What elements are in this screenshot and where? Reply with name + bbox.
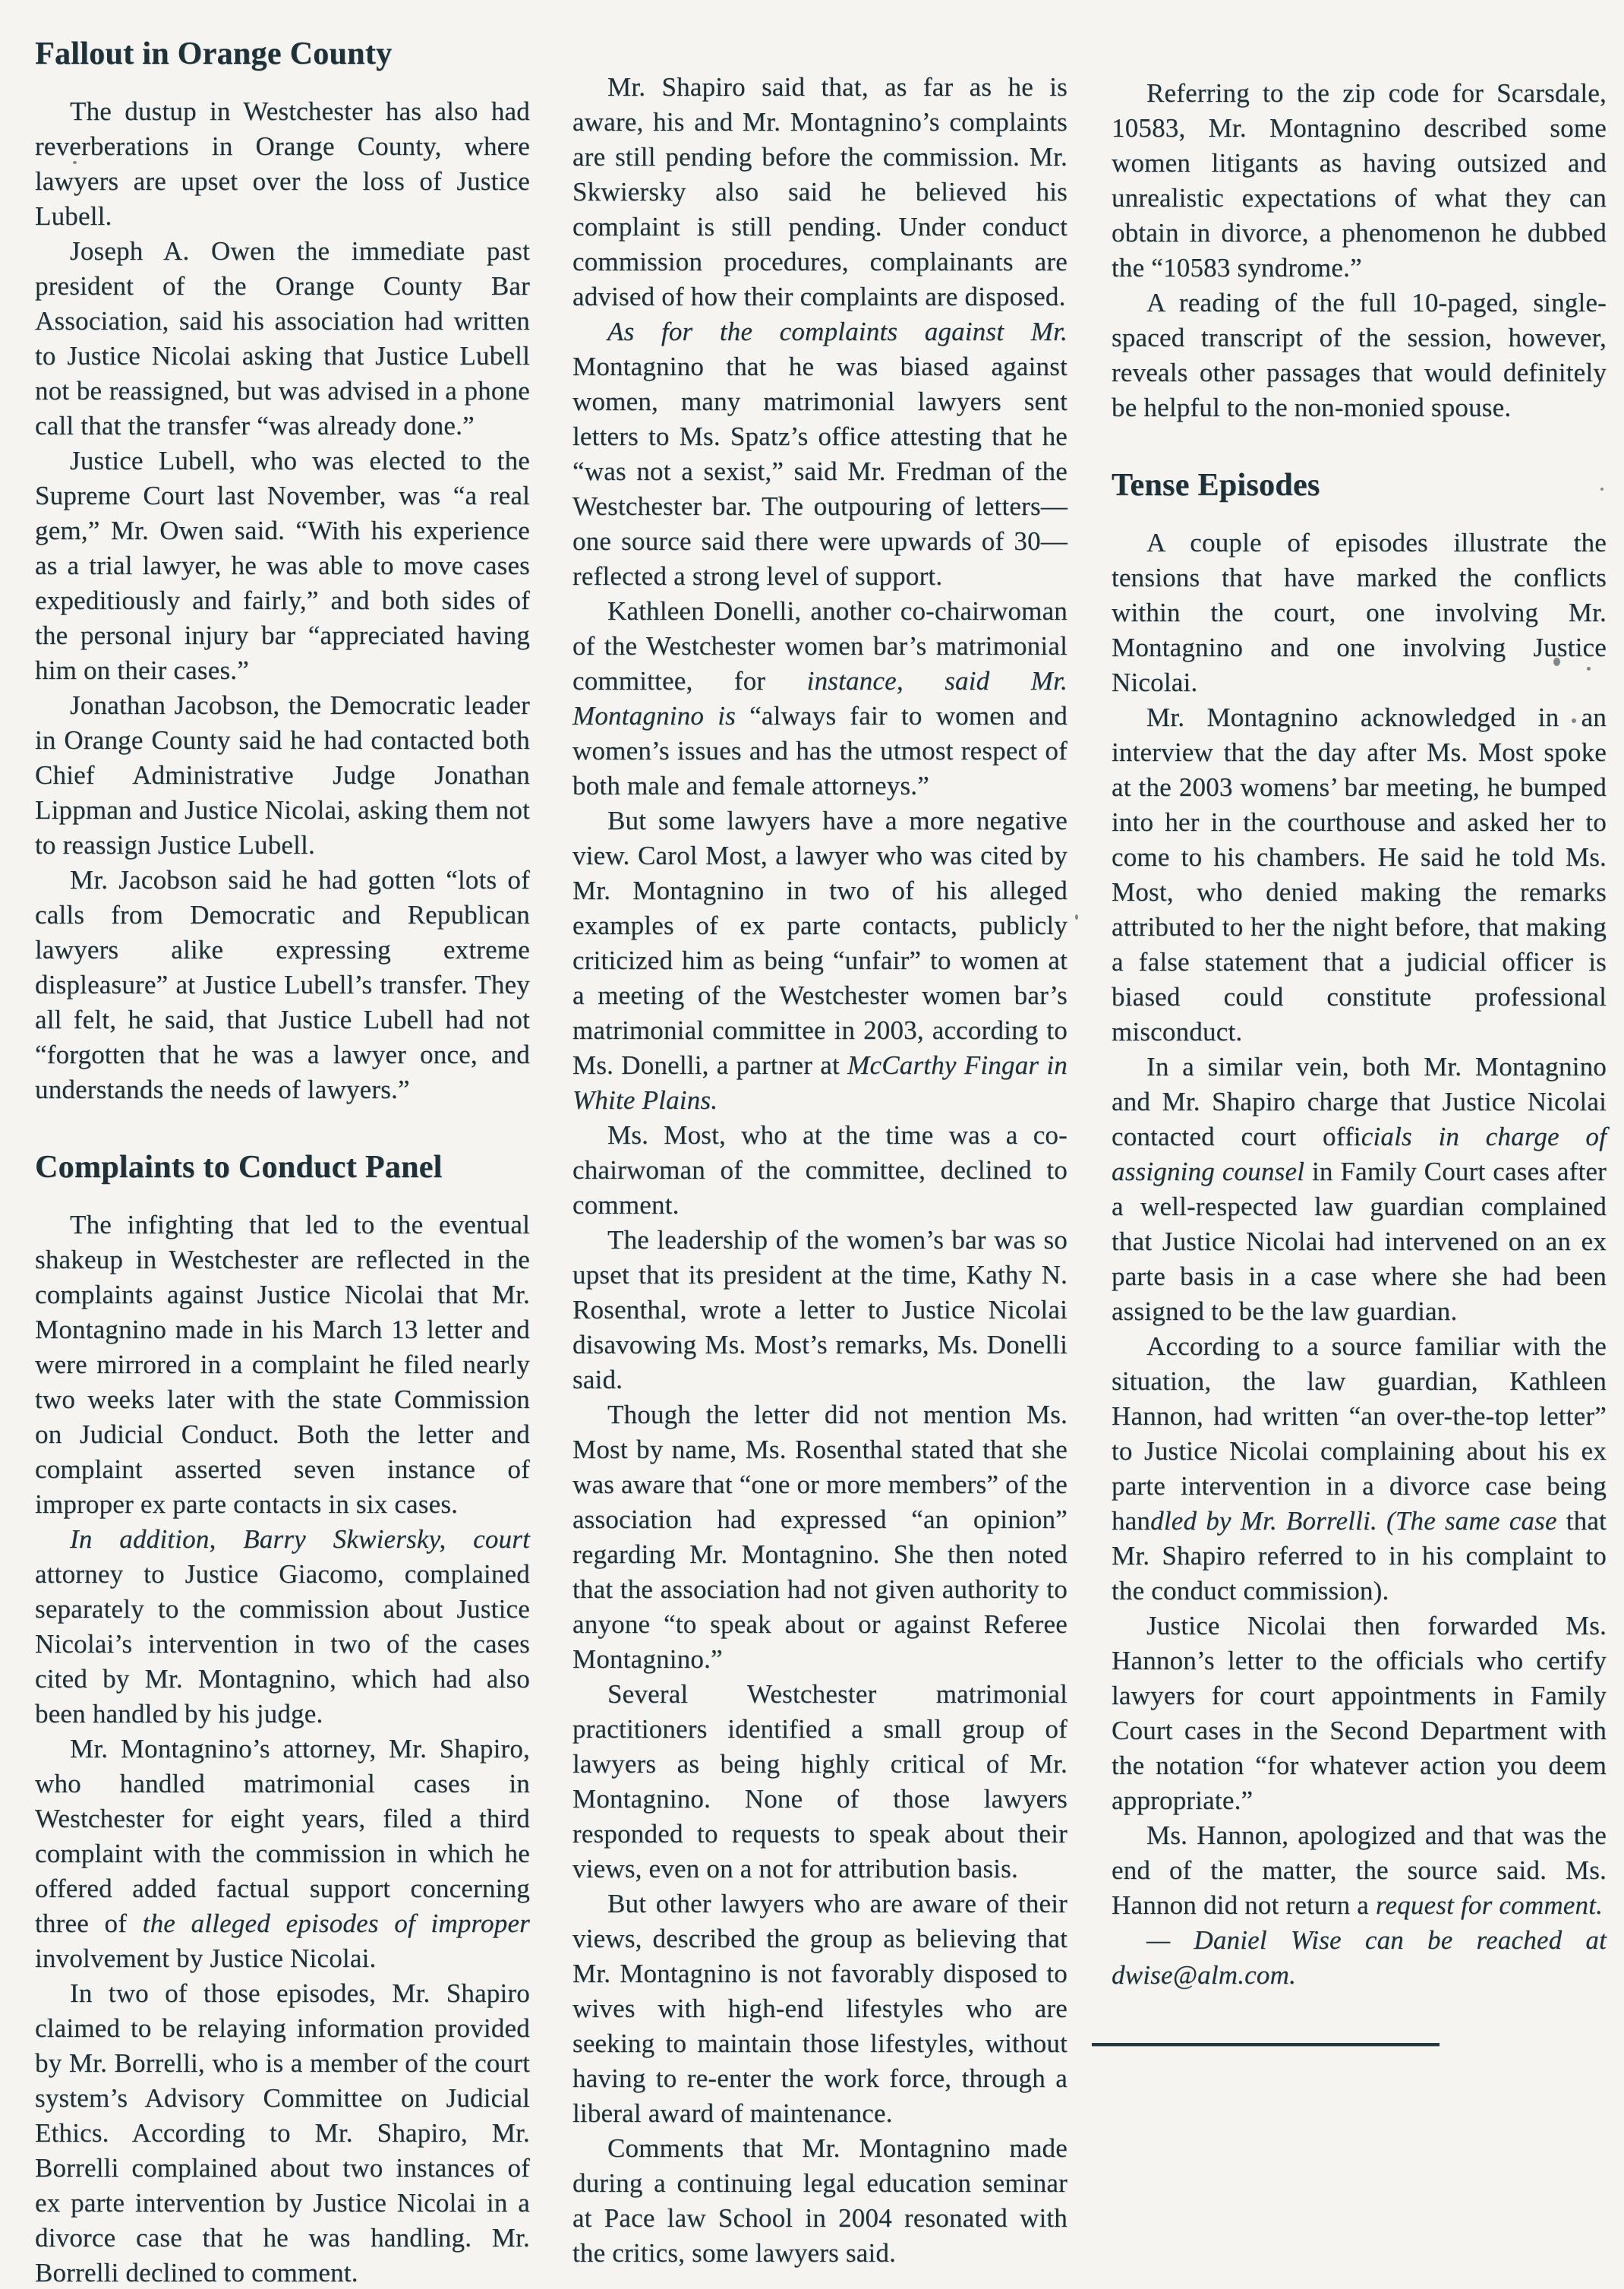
end-rule (1092, 2043, 1440, 2046)
article-paragraph: A reading of the full 10-paged, single-s… (1112, 286, 1607, 425)
text-run: Though the letter did not mention Ms. Mo… (572, 1400, 1067, 1674)
byline-paragraph: — Daniel Wise can be reached at dwise@al… (1112, 1923, 1607, 1993)
article-paragraph: The dustup in Westchester has also had r… (35, 94, 530, 234)
text-run: Referring to the zip code for Scarsdale,… (1112, 78, 1607, 283)
article-paragraph: Mr. Jacobson said he had gotten “lots of… (35, 863, 530, 1107)
scan-speck (1075, 914, 1078, 920)
text-run-italic: As for the complaints against Mr. (607, 317, 1067, 346)
article-paragraph: Justice Nicolai then forwarded Ms. Hanno… (1112, 1609, 1607, 1818)
text-run: A reading of the full 10-paged, single-s… (1112, 288, 1607, 422)
article-paragraph: Mr. Shapiro said that, as far as he is a… (572, 70, 1067, 314)
text-run: Joseph A. Owen the immediate past presid… (35, 236, 530, 440)
text-run: A couple of episodes illustrate the tens… (1112, 528, 1607, 697)
article-column-3: Referring to the zip code for Scarsdale,… (1112, 76, 1607, 2046)
text-run: Justice Lubell, who was elected to the S… (35, 446, 530, 685)
text-run: Mr. Jacobson said he had gotten “lots of… (35, 865, 530, 1104)
text-run: Montagnino that he was biased against wo… (572, 352, 1067, 591)
article-paragraph: Ms. Most, who at the time was a co-chair… (572, 1118, 1067, 1223)
article-paragraph: Though the letter did not mention Ms. Mo… (572, 1397, 1067, 1677)
text-run-italic: In addition, Barry Skwiersky, court (70, 1524, 530, 1554)
article-paragraph: Referring to the zip code for Scarsdale,… (1112, 76, 1607, 286)
scan-speck (1553, 658, 1560, 666)
text-run: But some lawyers have a more negative vi… (572, 806, 1067, 1080)
text-run: Mr. Montagnino’s attorney, Mr. Shapiro, … (35, 1734, 530, 1938)
article-paragraph: Comments that Mr. Montagnino made during… (572, 2131, 1067, 2271)
scan-speck (1600, 488, 1604, 491)
article-column-1: Fallout in Orange CountyThe dustup in We… (35, 35, 530, 2289)
text-run: According to a source familiar with the … (1112, 1331, 1607, 1536)
section-heading: Fallout in Orange County (35, 35, 530, 73)
text-run: In two of those episodes, Mr. Shapiro cl… (35, 1978, 530, 2287)
text-run: involvement by Justice Nicolai. (35, 1943, 376, 1973)
text-run: But other lawyers who are aware of their… (572, 1889, 1067, 2128)
text-run: Jonathan Jacobson, the Democratic leader… (35, 690, 530, 860)
text-run: Mr. Shapiro said that, as far as he is a… (572, 72, 1067, 311)
article-paragraph: The infighting that led to the eventual … (35, 1208, 530, 1522)
section-heading: Tense Episodes (1112, 466, 1607, 504)
article-paragraph: But some lawyers have a more negative vi… (572, 804, 1067, 1118)
article-paragraph: Kathleen Donelli, another co-chairwoman … (572, 594, 1067, 804)
article-paragraph: Mr. Montagnino’s attorney, Mr. Shapiro, … (35, 1732, 530, 1976)
article-paragraph: The leadership of the women’s bar was so… (572, 1223, 1067, 1397)
section-heading: Complaints to Conduct Panel (35, 1148, 530, 1186)
article-paragraph: But other lawyers who are aware of their… (572, 1886, 1067, 2131)
article-paragraph: Ms. Hannon, apologized and that was the … (1112, 1818, 1607, 1923)
scan-speck (73, 161, 77, 164)
text-run: Mr. Montagnino acknowledged in an interv… (1112, 702, 1607, 1047)
text-run: Comments that Mr. Montagnino made during… (572, 2133, 1067, 2268)
text-run-italic: request for comment. (1376, 1890, 1603, 1920)
scan-speck (1572, 718, 1576, 723)
text-run-italic: dled by Mr. Borrelli. (The same case (1150, 1506, 1566, 1536)
article-paragraph: As for the complaints against Mr. Montag… (572, 314, 1067, 594)
article-paragraph: In addition, Barry Skwiersky, court atto… (35, 1522, 530, 1732)
text-run: attorney to Justice Giacomo, complained … (35, 1559, 530, 1729)
scan-speck (803, 1528, 806, 1531)
article-paragraph: A couple of episodes illustrate the tens… (1112, 526, 1607, 700)
text-run: The dustup in Westchester has also had r… (35, 96, 530, 231)
scan-speck (1546, 1065, 1550, 1069)
text-run-italic: — Daniel Wise can be reached at dwise@al… (1112, 1925, 1607, 1990)
article-paragraph: Jonathan Jacobson, the Democratic leader… (35, 688, 530, 863)
scan-speck (1587, 667, 1591, 671)
text-run: Several Westchester matrimonial practiti… (572, 1679, 1067, 1883)
article-paragraph: Mr. Montagnino acknowledged in an interv… (1112, 700, 1607, 1050)
article-paragraph: According to a source familiar with the … (1112, 1329, 1607, 1609)
text-run: Justice Nicolai then forwarded Ms. Hanno… (1112, 1611, 1607, 1815)
text-run-italic: the alleged episodes of improper (143, 1909, 530, 1938)
article-column-2: Mr. Shapiro said that, as far as he is a… (572, 70, 1067, 2271)
article-paragraph: Justice Lubell, who was elected to the S… (35, 444, 530, 688)
scanned-newspaper-page: Fallout in Orange CountyThe dustup in We… (0, 0, 1624, 2289)
article-paragraph: In two of those episodes, Mr. Shapiro cl… (35, 1976, 530, 2289)
article-paragraph: Joseph A. Owen the immediate past presid… (35, 234, 530, 444)
article-paragraph: Several Westchester matrimonial practiti… (572, 1677, 1067, 1886)
article-paragraph: In a similar vein, both Mr. Montagnino a… (1112, 1050, 1607, 1329)
text-run: The leadership of the women’s bar was so… (572, 1225, 1067, 1394)
text-run: The infighting that led to the eventual … (35, 1210, 530, 1519)
text-run: Ms. Most, who at the time was a co-chair… (572, 1120, 1067, 1220)
